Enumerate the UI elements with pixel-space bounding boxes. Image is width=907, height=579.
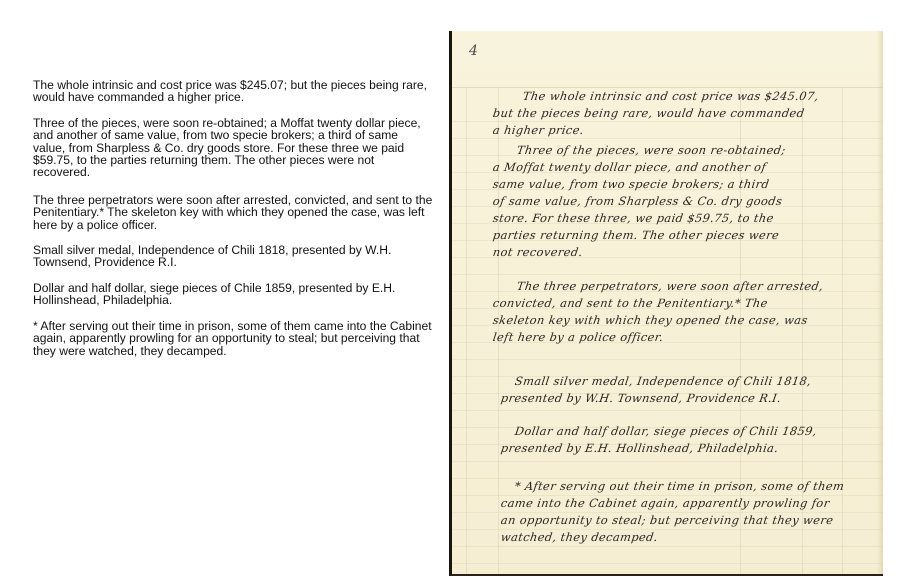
handwritten-line: of same value, from Sharpless & Co. dry … bbox=[492, 194, 783, 208]
handwritten-line: Small silver medal, Independence of Chil… bbox=[514, 374, 812, 388]
handwritten-line: The three perpetrators, were soon after … bbox=[516, 279, 824, 293]
ruling-line bbox=[452, 461, 883, 462]
handwritten-line: Dollar and half dollar, siege pieces of … bbox=[514, 424, 818, 438]
paragraph-cost-price: The whole intrinsic and cost price was $… bbox=[33, 79, 433, 104]
margin-line bbox=[466, 87, 467, 574]
paragraph-footnote: * After serving out their time in prison… bbox=[33, 320, 433, 357]
ruling-line bbox=[452, 410, 883, 411]
handwritten-line: Three of the pieces, were soon re-obtain… bbox=[516, 143, 787, 157]
manuscript-page-image: 4 The whole intrinsic and cost price was… bbox=[449, 31, 883, 576]
handwritten-line: came into the Cabinet again, apparently … bbox=[500, 496, 831, 510]
ruling-line bbox=[452, 274, 883, 275]
handwritten-line: but the pieces being rare, would have co… bbox=[492, 106, 805, 120]
handwritten-line: watched, they decamped. bbox=[500, 530, 659, 544]
manuscript-page-number: 4 bbox=[469, 43, 478, 59]
handwritten-line: * After serving out their time in prison… bbox=[514, 479, 845, 493]
handwritten-line: same value, from two specie brokers; a t… bbox=[492, 177, 770, 191]
page-header-rule bbox=[452, 87, 883, 88]
paragraph-siege-pieces: Dollar and half dollar, siege pieces of … bbox=[33, 282, 433, 307]
handwritten-line: store. For these three, we paid $59.75, … bbox=[492, 211, 775, 225]
handwritten-line: convicted, and sent to the Penitentiary.… bbox=[492, 296, 769, 310]
handwritten-line: left here by a police officer. bbox=[492, 330, 664, 344]
handwritten-line: presented by W.H. Townsend, Providence R… bbox=[500, 391, 782, 405]
paragraph-perpetrators: The three perpetrators were soon after a… bbox=[33, 194, 433, 231]
handwritten-line: parties returning them. The other pieces… bbox=[492, 228, 780, 242]
ruling-line bbox=[452, 546, 883, 547]
transcription-text: The whole intrinsic and cost price was $… bbox=[33, 79, 433, 370]
ruling-line bbox=[452, 121, 883, 122]
ruling-line bbox=[452, 138, 883, 139]
handwritten-line: The whole intrinsic and cost price was $… bbox=[522, 89, 820, 103]
column-line bbox=[842, 87, 843, 574]
handwritten-line: not recovered. bbox=[492, 245, 584, 259]
ruling-line bbox=[452, 563, 883, 564]
paragraph-recovered-pieces: Three of the pieces, were soon re-obtain… bbox=[33, 117, 433, 179]
handwritten-line: a higher price. bbox=[492, 123, 585, 137]
handwritten-line: a Moffat twenty dollar piece, and anothe… bbox=[492, 160, 767, 174]
handwritten-line: an opportunity to steal; but perceiving … bbox=[500, 513, 834, 527]
handwritten-line: skeleton key with which they opened the … bbox=[492, 313, 809, 327]
handwritten-line: presented by E.H. Hollinshead, Philadelp… bbox=[500, 441, 779, 455]
ruling-line bbox=[452, 359, 883, 360]
paragraph-silver-medal: Small silver medal, Independence of Chil… bbox=[33, 244, 433, 269]
